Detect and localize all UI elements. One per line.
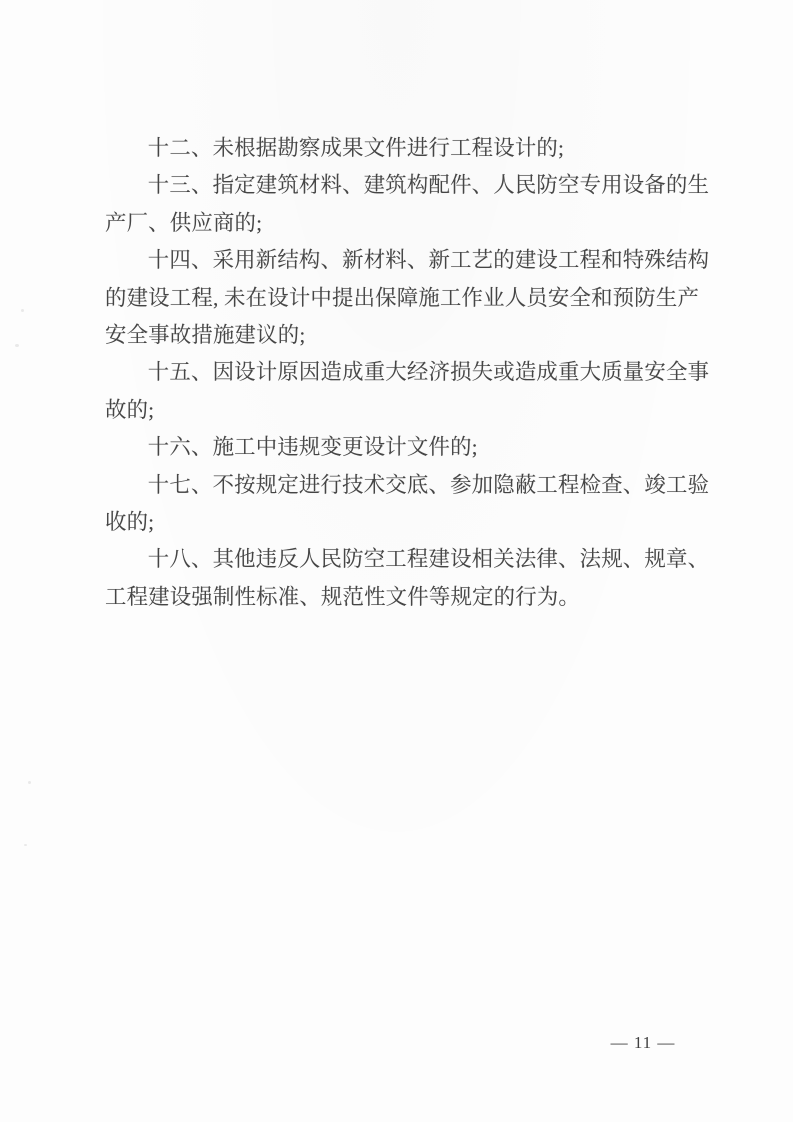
text-line: 十六、施工中违规变更设计文件的; [105, 429, 705, 466]
clause-item-16: 十六、施工中违规变更设计文件的; [105, 429, 705, 466]
text-line: 十四、采用新结构、新材料、新工艺的建设工程和特殊结构 [105, 242, 705, 279]
clause-item-17: 十七、不按规定进行技术交底、参加隐蔽工程检查、竣工验 收的; [105, 467, 705, 542]
scan-speck [15, 344, 19, 347]
scan-speck [24, 844, 27, 846]
document-page: 十二、未根据勘察成果文件进行工程设计的; 十三、指定建筑材料、建筑构配件、人民防… [0, 0, 793, 1122]
clause-item-14: 十四、采用新结构、新材料、新工艺的建设工程和特殊结构 的建设工程, 未在设计中提… [105, 242, 705, 354]
text-line: 的建设工程, 未在设计中提出保障施工作业人员安全和预防生产 [105, 280, 705, 317]
page-number: — 11 — [593, 1031, 693, 1055]
text-line: 产厂、供应商的; [105, 205, 705, 242]
clause-item-15: 十五、因设计原因造成重大经济损失或造成重大质量安全事 故的; [105, 354, 705, 429]
text-line: 十五、因设计原因造成重大经济损失或造成重大质量安全事 [105, 354, 705, 391]
scan-speck [28, 781, 31, 784]
clause-item-18: 十八、其他违反人民防空工程建设相关法律、法规、规章、 工程建设强制性标准、规范性… [105, 541, 705, 616]
text-line: 收的; [105, 504, 705, 541]
text-line: 十二、未根据勘察成果文件进行工程设计的; [105, 130, 705, 167]
document-body: 十二、未根据勘察成果文件进行工程设计的; 十三、指定建筑材料、建筑构配件、人民防… [105, 130, 705, 616]
clause-item-13: 十三、指定建筑材料、建筑构配件、人民防空专用设备的生 产厂、供应商的; [105, 167, 705, 242]
text-line: 十七、不按规定进行技术交底、参加隐蔽工程检查、竣工验 [105, 467, 705, 504]
text-line: 故的; [105, 392, 705, 429]
text-line: 十八、其他违反人民防空工程建设相关法律、法规、规章、 [105, 541, 705, 578]
text-line: 安全事故措施建议的; [105, 317, 705, 354]
text-line: 十三、指定建筑材料、建筑构配件、人民防空专用设备的生 [105, 167, 705, 204]
clause-item-12: 十二、未根据勘察成果文件进行工程设计的; [105, 130, 705, 167]
scan-speck [21, 309, 24, 312]
text-line: 工程建设强制性标准、规范性文件等规定的行为。 [105, 579, 705, 616]
